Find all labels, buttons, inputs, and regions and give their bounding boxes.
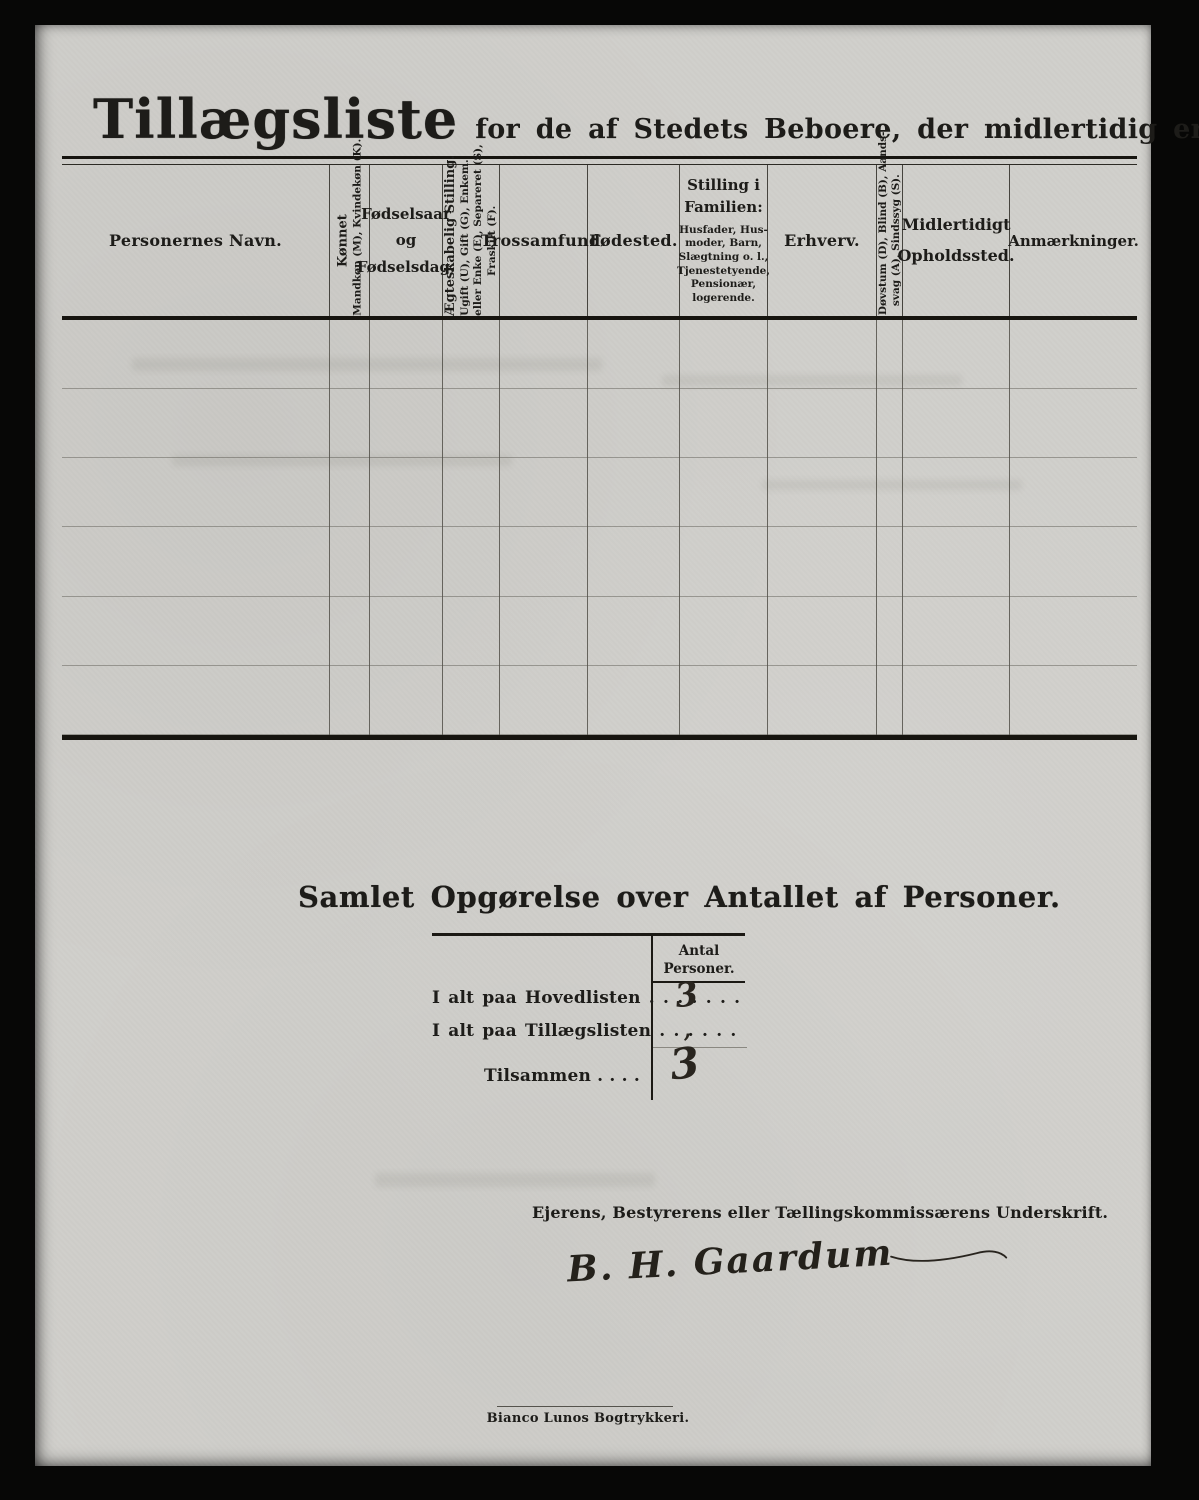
title-subtitle: for de af Stedets Beboere, der midlertid… bbox=[475, 114, 1199, 145]
table-header: Personernes Navn. Kønnet Mandkøn (M), Kv… bbox=[62, 165, 1137, 320]
paper-page: Tillægsliste for de af Stedets Beboere, … bbox=[35, 25, 1151, 1466]
column-header-personernes-navn: Personernes Navn. bbox=[62, 165, 330, 316]
column-header-stilling-i-familien: Stilling i Familien: Husfader, Hus- mode… bbox=[680, 165, 768, 316]
column-header-foedested: Fødested. bbox=[588, 165, 680, 316]
summary-row-tilsammen-value: 3 bbox=[670, 1039, 699, 1088]
title-main: Tillægsliste bbox=[93, 87, 458, 151]
column-header-midlertidigt-opholdssted: Midlertidigt Opholdssted. bbox=[903, 165, 1010, 316]
printer-imprint: Bianco Lunos Bogtrykkeri. bbox=[468, 1411, 708, 1426]
column-header-koennet: Kønnet Mandkøn (M), Kvindekøn (K). bbox=[330, 165, 370, 316]
column-label: Midlertidigt Opholdssted. bbox=[897, 210, 1014, 271]
column-divider bbox=[442, 320, 443, 735]
column-label: Anmærkninger. bbox=[1008, 232, 1139, 250]
signature-flourish-stroke bbox=[889, 1238, 1010, 1270]
column-divider bbox=[329, 320, 330, 735]
column-label: Stilling i Familien: Husfader, Hus- mode… bbox=[677, 175, 770, 305]
summary-table: Antal Personer. I alt paa Hovedlisten . … bbox=[432, 933, 745, 1100]
summary-header-rule bbox=[653, 981, 745, 983]
column-header-erhverv: Erhverv. bbox=[768, 165, 877, 316]
signature-label: Ejerens, Bestyrerens eller Tællingskommi… bbox=[532, 1203, 952, 1222]
column-divider bbox=[499, 320, 500, 735]
title-divider-rule bbox=[62, 156, 1137, 165]
column-divider bbox=[369, 320, 370, 735]
vertical-label: Kønnet Mandkøn (M), Kvindekøn (K). bbox=[335, 166, 364, 316]
vertical-label: Døvstum (D), Blind (B), Aands- svag (A),… bbox=[876, 166, 902, 316]
column-header-trossamfund: Trossamfund. bbox=[500, 165, 588, 316]
column-label: Fødested. bbox=[589, 231, 678, 250]
column-divider bbox=[876, 320, 877, 735]
table-body-empty-rows bbox=[62, 320, 1137, 740]
summary-row-tilsammen-label: Tilsammen . . . . bbox=[432, 1066, 640, 1086]
bleed-through-smudge bbox=[375, 1173, 655, 1187]
page-title: Tillægsliste for de af Stedets Beboere, … bbox=[93, 87, 1105, 151]
summary-count-column-header: Antal Personer. bbox=[653, 942, 745, 978]
column-label: Personernes Navn. bbox=[109, 231, 282, 250]
column-divider bbox=[902, 320, 903, 735]
summary-top-rule bbox=[432, 933, 745, 936]
table-row bbox=[62, 666, 1137, 735]
column-divider bbox=[1009, 320, 1010, 735]
scanned-census-form: Tillægsliste for de af Stedets Beboere, … bbox=[0, 0, 1199, 1500]
table-row bbox=[62, 389, 1137, 458]
table-row bbox=[62, 458, 1137, 527]
vertical-label: Ægteskabelig Stilling. Ugift (U), Gift (… bbox=[443, 166, 499, 316]
column-header-doevstum: Døvstum (D), Blind (B), Aands- svag (A),… bbox=[877, 165, 903, 316]
table-row bbox=[62, 320, 1137, 389]
column-divider bbox=[767, 320, 768, 735]
printer-rule bbox=[497, 1406, 673, 1407]
table-row bbox=[62, 527, 1137, 596]
column-label: Erhverv. bbox=[784, 231, 860, 250]
handwritten-signature: B. H. Gaardum bbox=[566, 1225, 1010, 1290]
table-row bbox=[62, 597, 1137, 666]
column-divider bbox=[679, 320, 680, 735]
column-header-foedselsaar: Fødselsaar og Fødselsdag. bbox=[370, 165, 443, 316]
column-label: Fødselsaar og Fødselsdag. bbox=[357, 201, 455, 280]
column-header-aegteskabelig-stilling: Ægteskabelig Stilling. Ugift (U), Gift (… bbox=[443, 165, 500, 316]
column-header-anmaerkninger: Anmærkninger. bbox=[1010, 165, 1137, 316]
summary-row-hovedlisten-value: 3 bbox=[675, 975, 698, 1014]
column-divider bbox=[587, 320, 588, 735]
summary-title: Samlet Opgørelse over Antallet af Person… bbox=[298, 880, 1061, 914]
